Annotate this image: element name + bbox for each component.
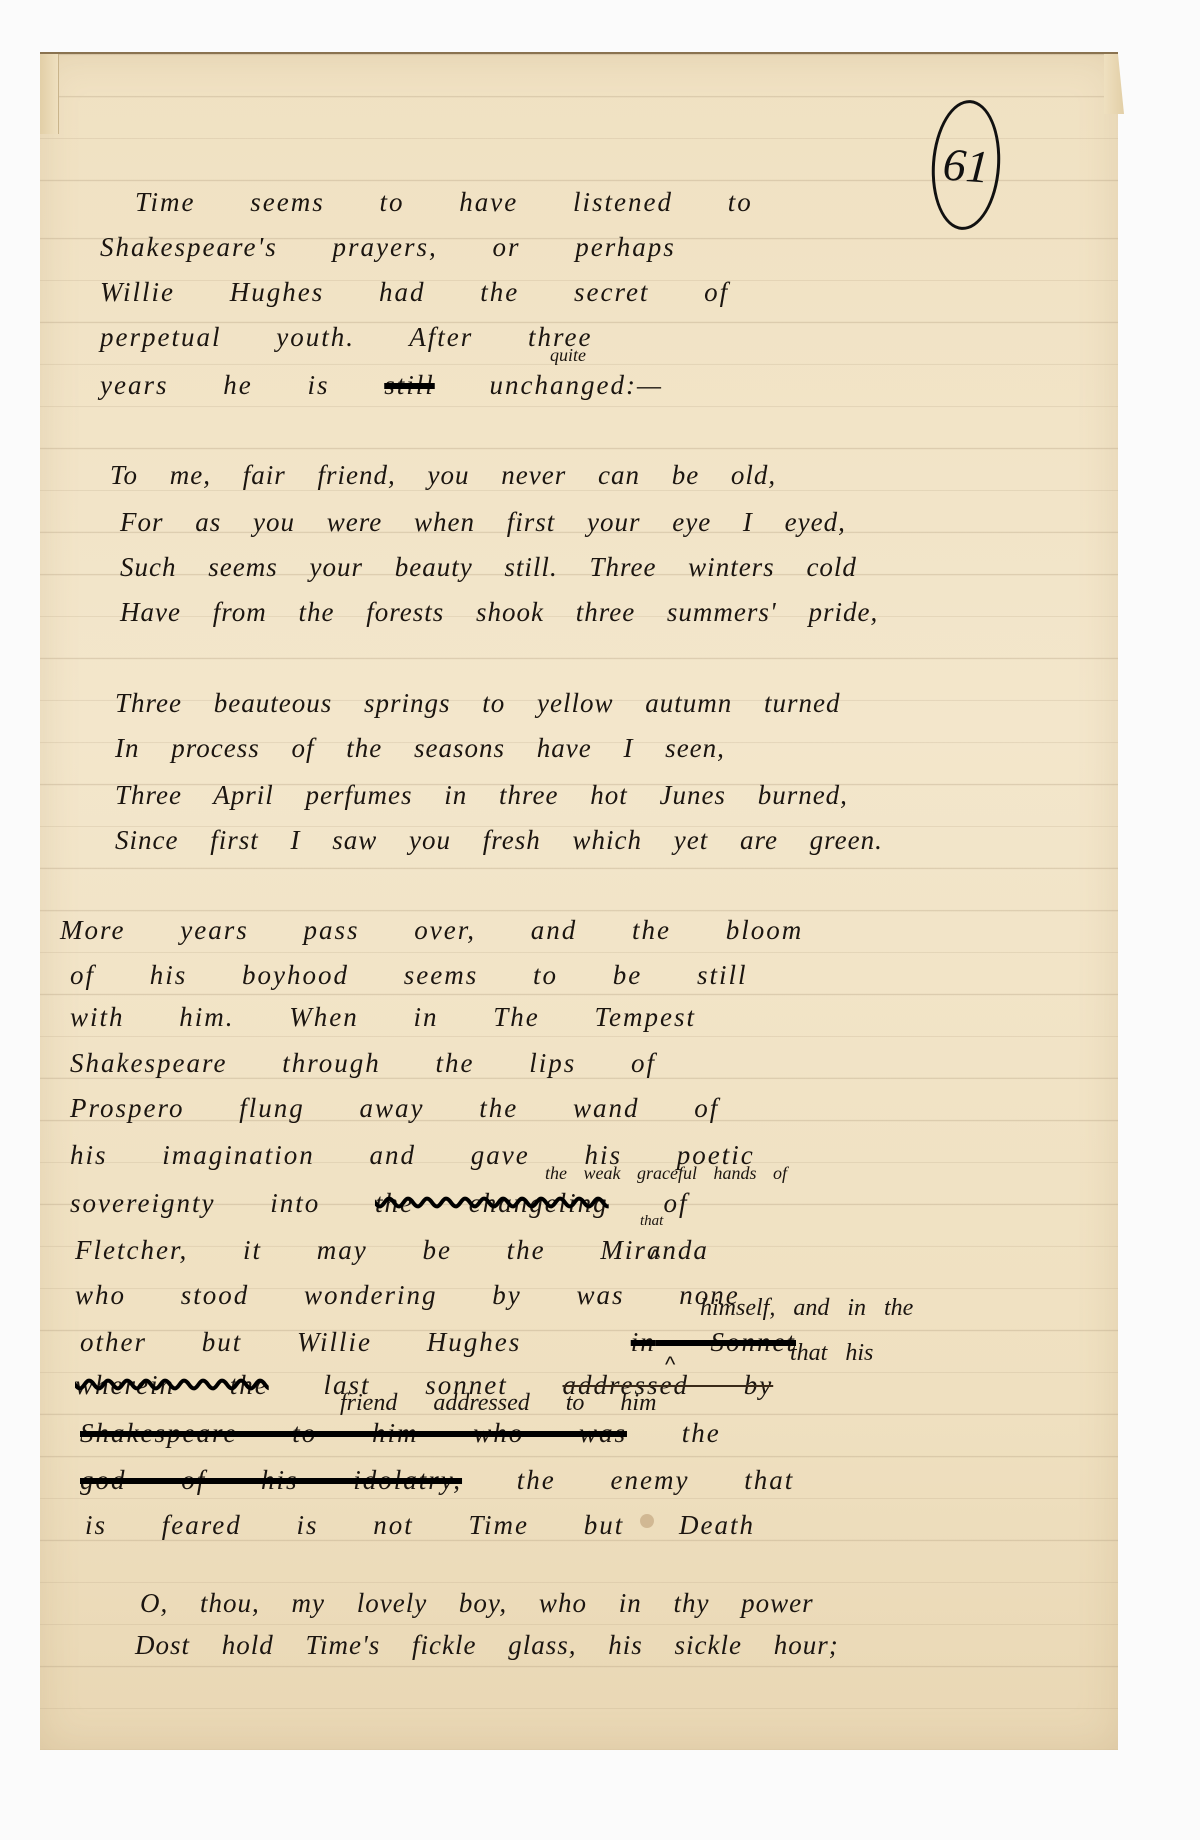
line5-text-after: unchanged:— <box>435 370 663 400</box>
insertion-himself-and-in-the: himself, and in the <box>700 1295 913 1322</box>
insertion-friend-addressed-to-him: friend addressed to him <box>340 1390 656 1417</box>
struck-words-the-changeling: the changeling <box>375 1188 609 1218</box>
sonnet-word: Sonnet <box>656 1327 796 1357</box>
stanza2-line1: Three beauteous springs to yellow autumn… <box>115 688 840 719</box>
paragraph1-line5: years he is still unchanged:— <box>100 370 663 401</box>
stanza1-line3: Such seems your beauty still. Three wint… <box>120 552 857 583</box>
struck-words-god-of-his-idolatry: god of his idolatry, <box>80 1465 462 1495</box>
insertion-weak-graceful-hands: the weak graceful hands of <box>545 1163 787 1184</box>
insertion-that-his: that his <box>790 1340 873 1367</box>
paragraph1-line2: Shakespeare's prayers, or perhaps <box>100 232 676 263</box>
paragraph2-line1: More years pass over, and the bloom <box>60 915 803 946</box>
struck-words-wherein: wherein the <box>75 1370 269 1400</box>
paragraph2-line3: with him. When in The Tempest <box>70 1002 696 1033</box>
struck-words-shakespeare-to-him: Shakespeare to him who was <box>80 1418 627 1448</box>
stanza2-line2: In process of the seasons have I seen, <box>115 733 725 764</box>
stanza1-line2: For as you were when first your eye I ey… <box>120 507 846 538</box>
paragraph2-line9: who stood wondering by was none <box>75 1280 740 1311</box>
stanza2-line3: Three April perfumes in three hot Junes … <box>115 780 848 811</box>
insertion-quite: quite <box>550 345 586 366</box>
paragraph2-line8: Fletcher, it may be the Miranda <box>75 1235 709 1266</box>
folded-corner-top-right <box>1104 54 1124 114</box>
stanza1-line1: To me, fair friend, you never can be old… <box>110 460 776 491</box>
paragraph1-line1: Time seems to have listened to <box>135 187 753 218</box>
line5-text-before: years he is <box>100 370 384 400</box>
paragraph2-line10: other but Willie Hughes in Sonnet <box>80 1327 796 1358</box>
insertion-caret: ^ <box>650 1245 660 1271</box>
stanza3-line2: Dost hold Time's fickle glass, his sickl… <box>135 1630 839 1661</box>
paragraph2-line12: Shakespeare to him who was the <box>80 1418 721 1449</box>
stanza2-line4: Since first I saw you fresh which yet ar… <box>115 825 883 856</box>
stanza3-line1: O, thou, my lovely boy, who in thy power <box>140 1588 814 1619</box>
line13-text-after: the enemy that <box>462 1465 794 1495</box>
folded-corner-top-left <box>40 54 59 134</box>
paragraph2-line14: is feared is not Time but Death <box>85 1510 755 1541</box>
ink-stain <box>640 1514 654 1528</box>
stanza1-line4: Have from the forests shook three summer… <box>120 597 878 628</box>
line12-text-after: the <box>627 1418 721 1448</box>
struck-word-in: in <box>631 1327 656 1357</box>
paragraph2-line2: of his boyhood seems to be still <box>70 960 747 991</box>
line7-text-before: sovereignty into <box>70 1188 375 1218</box>
page-number-text: 61 <box>941 137 991 193</box>
paragraph1-line3: Willie Hughes had the secret of <box>100 277 729 308</box>
paragraph2-line5: Prospero flung away the wand of <box>70 1093 719 1124</box>
paragraph2-line13: god of his idolatry, the enemy that <box>80 1465 794 1496</box>
paragraph2-line4: Shakespeare through the lips of <box>70 1048 656 1079</box>
paragraph1-line4: perpetual youth. After three <box>100 322 592 353</box>
paragraph2-line7: sovereignty into the changeling of <box>70 1188 688 1219</box>
line10-text-before: other but Willie Hughes <box>80 1327 521 1357</box>
insertion-that: that <box>640 1213 663 1230</box>
struck-word-still: still <box>384 370 435 400</box>
